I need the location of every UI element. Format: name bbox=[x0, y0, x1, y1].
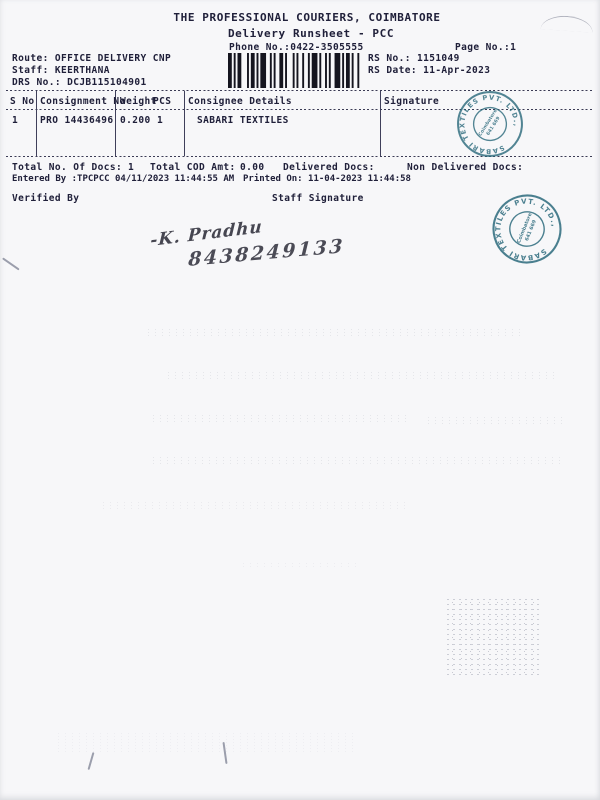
table-col-divider bbox=[36, 91, 37, 156]
doc-title: THE PROFESSIONAL COURIERS, COIMBATORE bbox=[7, 11, 600, 24]
rs-date-line: RS Date: 11-Apr-2023 bbox=[368, 65, 490, 76]
bleedthrough-smudge bbox=[150, 414, 410, 422]
col-header-consignment: Consignment No bbox=[40, 96, 126, 107]
pen-scratch-mark bbox=[2, 257, 19, 270]
staff-signature-label: Staff Signature bbox=[272, 193, 364, 204]
bleedthrough-smudge bbox=[165, 371, 560, 379]
route-line: Route: OFFICE DELIVERY CNP bbox=[12, 53, 171, 64]
staff-line: Staff: KEERTHANA bbox=[12, 65, 110, 76]
bleedthrough-smudge bbox=[145, 328, 525, 336]
doc-subtitle: Delivery Runsheet - PCC bbox=[11, 27, 600, 40]
sabari-textiles-rubber-stamp: SABARI TEXTILES PVT. LTD., Coimbatore 64… bbox=[444, 78, 536, 170]
total-docs-label: Total No. Of Docs: bbox=[12, 162, 122, 173]
cell-sno: 1 bbox=[12, 115, 18, 126]
table-col-divider bbox=[380, 91, 381, 156]
scanned-delivery-runsheet: THE PROFESSIONAL COURIERS, COIMBATORE De… bbox=[0, 0, 600, 800]
bleedthrough-smudge bbox=[150, 456, 560, 465]
cell-consignee: SABARI TEXTILES bbox=[197, 115, 289, 126]
col-header-consignee: Consignee Details bbox=[188, 96, 292, 107]
cell-pcs: 1 bbox=[157, 115, 163, 126]
cell-weight: 0.200 bbox=[120, 115, 151, 126]
total-docs-value: 1 bbox=[128, 162, 134, 173]
col-header-signature: Signature bbox=[384, 96, 439, 107]
bleedthrough-smudge bbox=[240, 562, 360, 569]
entered-by-line: Entered By :TPCPCC 04/11/2023 11:44:55 A… bbox=[12, 174, 234, 184]
verified-by-label: Verified By bbox=[12, 193, 79, 204]
cell-consignment: PRO 14436496 bbox=[40, 115, 113, 126]
page-number: Page No.:1 bbox=[455, 42, 516, 53]
bleedthrough-smudge bbox=[55, 732, 355, 754]
table-col-divider bbox=[184, 91, 185, 156]
col-header-sno: S No bbox=[10, 96, 34, 107]
speckle-patch bbox=[445, 597, 540, 677]
delivered-docs-label: Delivered Docs: bbox=[283, 162, 375, 173]
rs-number-line: RS No.: 1151049 bbox=[368, 53, 460, 64]
cod-amount-value: 0.00 bbox=[240, 162, 264, 173]
printed-on-line: Printed On: 11-04-2023 11:44:58 bbox=[243, 174, 411, 184]
col-header-pcs: PCS bbox=[153, 96, 171, 107]
sabari-textiles-rubber-stamp: SABARI TEXTILES PVT. LTD., Coimbatore 64… bbox=[473, 175, 582, 284]
drs-number-line: DRS No.: DCJB115104901 bbox=[12, 77, 147, 88]
bleedthrough-smudge bbox=[100, 501, 410, 509]
phone-number: Phone No.:0422-3505555 bbox=[229, 42, 364, 53]
col-header-weight: Weight bbox=[120, 96, 157, 107]
barcode bbox=[228, 53, 365, 88]
bleedthrough-smudge bbox=[425, 416, 565, 424]
cod-amount-label: Total COD Amt: bbox=[150, 162, 236, 173]
pen-scratch-mark bbox=[88, 752, 94, 770]
